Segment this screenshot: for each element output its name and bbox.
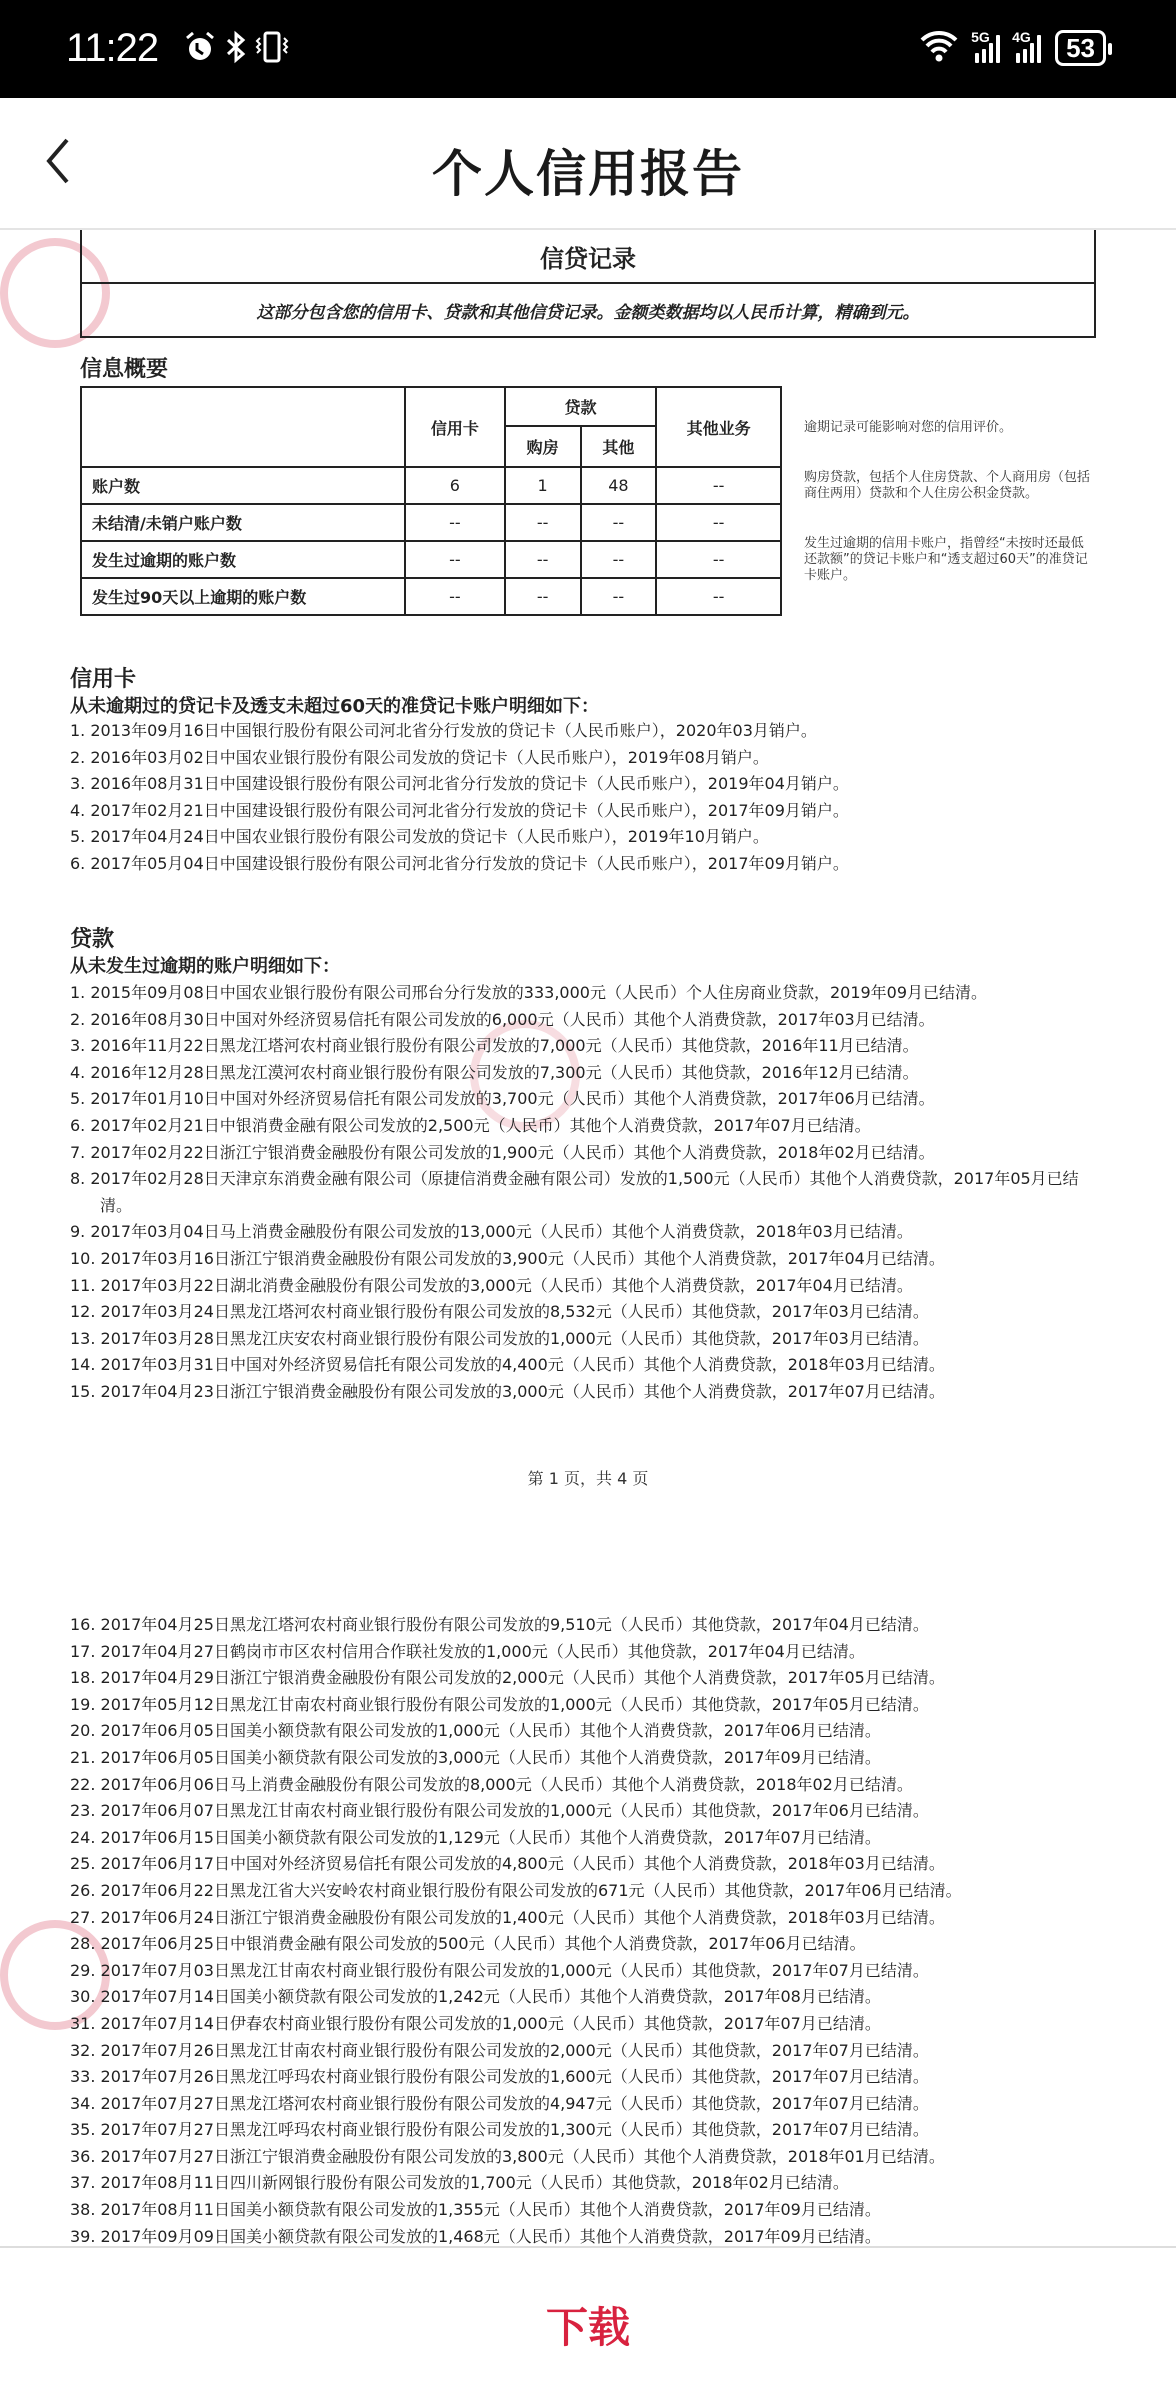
list-item: 39. 2017年09月09日国美小额贷款有限公司发放的1,468元（人民币）其… xyxy=(70,2224,1110,2246)
list-item: 4. 2016年12月28日黑龙江漠河农村商业银行股份有限公司发放的7,300元… xyxy=(70,1060,1110,1087)
note-overdue-card: 发生过逾期的信用卡账户，指曾经“未按时还最低还款额”的贷记卡账户和“透支超过60… xyxy=(804,536,1094,584)
list-item: 30. 2017年07月14日国美小额贷款有限公司发放的1,242元（人民币）其… xyxy=(70,1984,1110,2011)
list-item: 3. 2016年11月22日黑龙江塔河农村商业银行股份有限公司发放的7,000元… xyxy=(70,1033,1110,1060)
battery-indicator: 53 xyxy=(1055,30,1106,66)
credit-card-subtitle: 从未逾期过的贷记卡及透支未超过60天的准贷记卡账户明细如下： xyxy=(70,692,599,718)
list-item: 24. 2017年06月15日国美小额贷款有限公司发放的1,129元（人民币）其… xyxy=(70,1825,1110,1852)
list-item: 15. 2017年04月23日浙江宁银消费金融股份有限公司发放的3,000元（人… xyxy=(70,1379,1110,1406)
status-bar: 11:22 5G 4G 53 xyxy=(0,0,1176,98)
table-row: 发生过逾期的账户数 -- -- -- -- xyxy=(81,541,781,578)
list-item: 16. 2017年04月25日黑龙江塔河农村商业银行股份有限公司发放的9,510… xyxy=(70,1612,1110,1639)
signal-4g-icon: 4G xyxy=(1014,33,1041,63)
list-item: 32. 2017年07月26日黑龙江甘南农村商业银行股份有限公司发放的2,000… xyxy=(70,2038,1110,2065)
section-description: 这部分包含您的信用卡、贷款和其他信贷记录。金额类数据均以人民币计算，精确到元。 xyxy=(82,284,1094,336)
list-item: 23. 2017年06月07日黑龙江甘南农村商业银行股份有限公司发放的1,000… xyxy=(70,1798,1110,1825)
page-title: 个人信用报告 xyxy=(0,134,1176,206)
list-item: 19. 2017年05月12日黑龙江甘南农村商业银行股份有限公司发放的1,000… xyxy=(70,1692,1110,1719)
list-item: 36. 2017年07月27日浙江宁银消费金融股份有限公司发放的3,800元（人… xyxy=(70,2144,1110,2171)
nav-bar: 个人信用报告 xyxy=(0,98,1176,228)
credit-card-list: 1. 2013年09月16日中国银行股份有限公司河北省分行发放的贷记卡（人民币账… xyxy=(70,718,1110,878)
signal-5g-icon: 5G xyxy=(973,33,1000,63)
status-time: 11:22 xyxy=(66,26,158,71)
report-document[interactable]: 信贷记录 这部分包含您的信用卡、贷款和其他信贷记录。金额类数据均以人民币计算，精… xyxy=(0,228,1176,2246)
list-item: 21. 2017年06月05日国美小额贷款有限公司发放的3,000元（人民币）其… xyxy=(70,1745,1110,1772)
list-item: 28. 2017年06月25日中银消费金融有限公司发放的500元（人民币）其他个… xyxy=(70,1931,1110,1958)
list-item: 6. 2017年02月21日中银消费金融有限公司发放的2,500元（人民币）其他… xyxy=(70,1113,1110,1140)
note-overdue: 逾期记录可能影响对您的信用评价。 xyxy=(804,420,1094,436)
list-item: 38. 2017年08月11日国美小额贷款有限公司发放的1,355元（人民币）其… xyxy=(70,2197,1110,2224)
header-loan: 贷款 xyxy=(505,387,657,426)
list-item: 10. 2017年03月16日浙江宁银消费金融股份有限公司发放的3,900元（人… xyxy=(70,1246,1110,1273)
list-item: 4. 2017年02月21日中国建设银行股份有限公司河北省分行发放的贷记卡（人民… xyxy=(70,798,1110,825)
list-item: 29. 2017年07月03日黑龙江甘南农村商业银行股份有限公司发放的1,000… xyxy=(70,1958,1110,1985)
list-item: 37. 2017年08月11日四川新网银行股份有限公司发放的1,700元（人民币… xyxy=(70,2170,1110,2197)
download-button[interactable]: 下载 xyxy=(488,2290,688,2360)
header-loan-house: 购房 xyxy=(505,426,581,467)
list-item: 13. 2017年03月28日黑龙江庆安农村商业银行股份有限公司发放的1,000… xyxy=(70,1326,1110,1353)
loan-heading: 贷款 xyxy=(70,922,114,953)
list-item: 34. 2017年07月27日黑龙江塔河农村商业银行股份有限公司发放的4,947… xyxy=(70,2091,1110,2118)
overview-title: 信息概要 xyxy=(80,352,168,383)
list-item: 33. 2017年07月26日黑龙江呼玛农村商业银行股份有限公司发放的1,600… xyxy=(70,2064,1110,2091)
table-row: 发生过90天以上逾期的账户数 -- -- -- -- xyxy=(81,578,781,615)
list-item: 7. 2017年02月22日浙江宁银消费金融股份有限公司发放的1,900元（人民… xyxy=(70,1140,1110,1167)
status-left-icons xyxy=(183,30,289,68)
credit-card-heading: 信用卡 xyxy=(70,662,136,693)
list-item: 35. 2017年07月27日黑龙江呼玛农村商业银行股份有限公司发放的1,300… xyxy=(70,2117,1110,2144)
loan-list-page1: 1. 2015年09月08日中国农业银行股份有限公司邢台分行发放的333,000… xyxy=(70,980,1110,1406)
list-item: 11. 2017年03月22日湖北消费金融股份有限公司发放的3,000元（人民币… xyxy=(70,1273,1110,1300)
list-item: 2. 2016年03月02日中国农业银行股份有限公司发放的贷记卡（人民币账户），… xyxy=(70,745,1110,772)
wifi-icon xyxy=(919,28,959,67)
bluetooth-icon xyxy=(225,30,247,68)
alarm-icon xyxy=(183,30,217,68)
overview-notes: 逾期记录可能影响对您的信用评价。 购房贷款，包括个人住房贷款、个人商用房（包括商… xyxy=(804,420,1094,618)
list-item: 25. 2017年06月17日中国对外经济贸易信托有限公司发放的4,800元（人… xyxy=(70,1851,1110,1878)
list-item: 14. 2017年03月31日中国对外经济贸易信托有限公司发放的4,400元（人… xyxy=(70,1352,1110,1379)
list-item: 9. 2017年03月04日马上消费金融股份有限公司发放的13,000元（人民币… xyxy=(70,1219,1110,1246)
list-item: 12. 2017年03月24日黑龙江塔河农村商业银行股份有限公司发放的8,532… xyxy=(70,1299,1110,1326)
note-house-loan: 购房贷款，包括个人住房贷款、个人商用房（包括商住两用）贷款和个人住房公积金贷款。 xyxy=(804,470,1094,502)
table-row: 账户数 6 1 48 -- xyxy=(81,467,781,504)
status-right-icons: 5G 4G 53 xyxy=(919,28,1106,67)
list-item: 18. 2017年04月29日浙江宁银消费金融股份有限公司发放的2,000元（人… xyxy=(70,1665,1110,1692)
table-corner xyxy=(81,387,405,467)
list-item: 5. 2017年04月24日中国农业银行股份有限公司发放的贷记卡（人民币账户），… xyxy=(70,824,1110,851)
list-item: 2. 2016年08月30日中国对外经济贸易信托有限公司发放的6,000元（人民… xyxy=(70,1007,1110,1034)
loan-subtitle: 从未发生过逾期的账户明细如下： xyxy=(70,952,340,978)
list-item: 6. 2017年05月04日中国建设银行股份有限公司河北省分行发放的贷记卡（人民… xyxy=(70,851,1110,878)
section-title: 信贷记录 xyxy=(82,230,1094,284)
list-item: 26. 2017年06月22日黑龙江省大兴安岭农村商业银行股份有限公司发放的67… xyxy=(70,1878,1110,1905)
list-item: 17. 2017年04月27日鹤岗市市区农村信用合作联社发放的1,000元（人民… xyxy=(70,1639,1110,1666)
overview-table: 信用卡 贷款 其他业务 购房 其他 账户数 6 1 48 -- 未结清/未销户账… xyxy=(80,386,782,616)
section-header-box: 信贷记录 这部分包含您的信用卡、贷款和其他信贷记录。金额类数据均以人民币计算，精… xyxy=(80,230,1096,338)
list-item: 1. 2015年09月08日中国农业银行股份有限公司邢台分行发放的333,000… xyxy=(70,980,1110,1007)
list-item: 8. 2017年02月28日天津京东消费金融有限公司（原捷信消费金融有限公司）发… xyxy=(70,1166,1110,1219)
list-item: 27. 2017年06月24日浙江宁银消费金融股份有限公司发放的1,400元（人… xyxy=(70,1905,1110,1932)
list-item: 5. 2017年01月10日中国对外经济贸易信托有限公司发放的3,700元（人民… xyxy=(70,1086,1110,1113)
list-item: 3. 2016年08月31日中国建设银行股份有限公司河北省分行发放的贷记卡（人民… xyxy=(70,771,1110,798)
page-number: 第 1 页，共 4 页 xyxy=(0,1466,1176,1489)
loan-list-page2: 16. 2017年04月25日黑龙江塔河农村商业银行股份有限公司发放的9,510… xyxy=(70,1612,1110,2246)
header-other-business: 其他业务 xyxy=(656,387,781,467)
header-loan-other: 其他 xyxy=(581,426,657,467)
table-row: 未结清/未销户账户数 -- -- -- -- xyxy=(81,504,781,541)
vibrate-icon xyxy=(255,30,289,68)
header-credit-card: 信用卡 xyxy=(405,387,505,467)
bottom-bar: 下载 xyxy=(0,2246,1176,2400)
list-item: 20. 2017年06月05日国美小额贷款有限公司发放的1,000元（人民币）其… xyxy=(70,1718,1110,1745)
list-item: 22. 2017年06月06日马上消费金融股份有限公司发放的8,000元（人民币… xyxy=(70,1772,1110,1799)
list-item: 1. 2013年09月16日中国银行股份有限公司河北省分行发放的贷记卡（人民币账… xyxy=(70,718,1110,745)
list-item: 31. 2017年07月14日伊春农村商业银行股份有限公司发放的1,000元（人… xyxy=(70,2011,1110,2038)
